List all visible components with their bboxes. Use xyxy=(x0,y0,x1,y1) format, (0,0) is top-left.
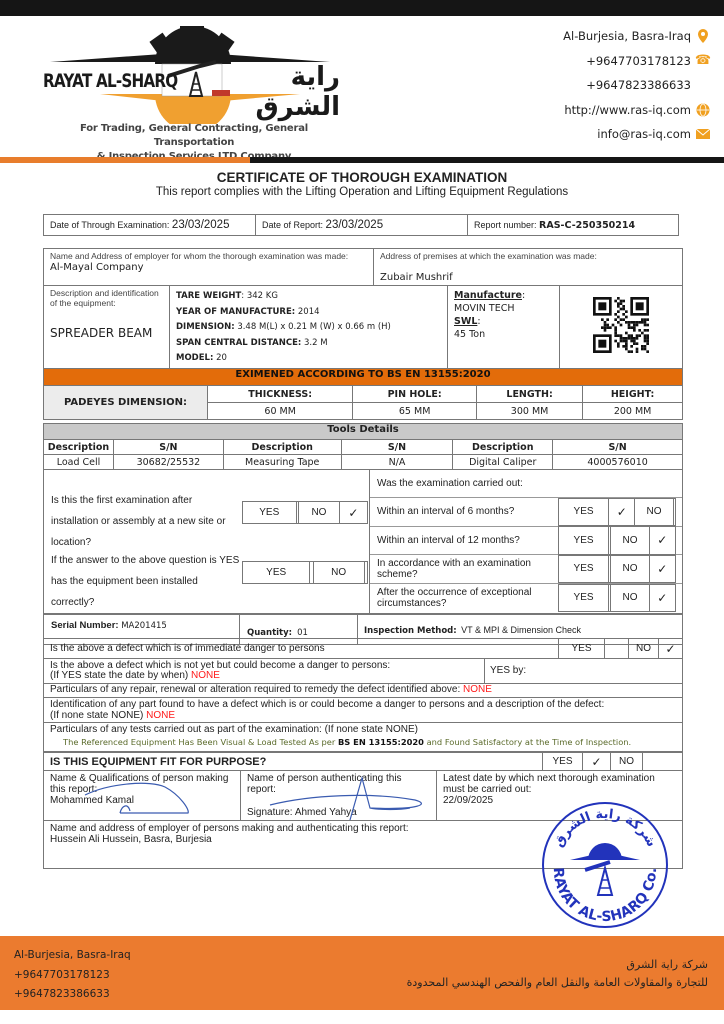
question-text: Within an interval of 6 months? xyxy=(370,506,558,517)
no-checkbox[interactable]: ✓ xyxy=(339,502,367,524)
padeyes-table: EXIMENED ACCORDING TO BS EN 13155:2020 P… xyxy=(43,368,683,420)
yes-label: YES xyxy=(243,502,297,524)
no-label: NO xyxy=(313,562,364,584)
padeyes-header-pinhole: PIN HOLE: xyxy=(353,386,477,403)
equipment-table: Description and identification of the eq… xyxy=(43,285,683,371)
envelope-icon xyxy=(696,127,710,141)
tools-header-cell: Description xyxy=(223,440,341,455)
tools-data-cell: 30682/25532 xyxy=(113,455,223,470)
yes-label: YES xyxy=(559,527,609,555)
swl-value: 45 Ton xyxy=(454,328,553,341)
manufacture-value: MOVIN TECH xyxy=(454,302,553,315)
footer-arabic-line-1: شركة راية الشرق xyxy=(407,956,708,974)
spec-key: TARE WEIGHT xyxy=(176,291,241,301)
future-danger-table: Is the above a defect which is not yet b… xyxy=(43,658,683,684)
tests-text-pre: The Referenced Equipment Has Been Visual… xyxy=(63,737,335,747)
qr-cell[interactable] xyxy=(560,286,683,371)
header-band-black xyxy=(250,157,724,163)
spec-key: SPAN CENTRAL DISTANCE: xyxy=(176,338,301,348)
quantity-label: Quantity: xyxy=(247,628,292,638)
method-value: VT & MPI & Dimension Check xyxy=(461,625,581,635)
report-number-value: RAS-C-250350214 xyxy=(539,220,635,231)
method-label: Inspection Method: xyxy=(364,626,457,636)
tools-header-row: DescriptionS/NDescriptionS/NDescriptionS… xyxy=(44,440,683,455)
yes-no-box: YESNO✓ xyxy=(242,501,368,524)
no-checkbox[interactable]: ✓ xyxy=(649,527,675,555)
immediate-yes-box[interactable] xyxy=(605,639,629,659)
yes-by-field[interactable]: YES by: xyxy=(485,659,683,684)
dates-row: Date of Through Examination: 23/03/2025 … xyxy=(43,214,679,236)
padeyes-header-height: HEIGHT: xyxy=(583,386,683,403)
questions-left: Is this the first examination after inst… xyxy=(44,470,370,613)
yes-no-box: YESNO✓ xyxy=(558,584,676,613)
padeyes-value-length: 300 MM xyxy=(476,403,582,420)
future-danger-cell: Is the above a defect which is not yet b… xyxy=(44,659,485,684)
address-text: Al-Burjesia, Basra-Iraq xyxy=(563,29,691,43)
question-row: After the occurrence of exceptional circ… xyxy=(370,584,682,613)
no-label: NO xyxy=(299,502,340,524)
contact-email[interactable]: info@ras-iq.com xyxy=(563,122,710,147)
spec-value: 3.48 M(L) x 0.21 M (W) x 0.66 m (H) xyxy=(235,322,391,332)
identification-row: Identification of any part found to have… xyxy=(43,698,683,723)
tools-table: Tools Details DescriptionS/NDescriptionS… xyxy=(43,423,683,470)
phone-1-text[interactable]: +9647703178123 xyxy=(586,54,691,68)
footer-arabic-line-2: للتجارة والمقاولات العامة والنقل العام و… xyxy=(407,974,708,992)
identification-hint: (If none state NONE) xyxy=(50,710,143,721)
footer-phone-1[interactable]: +9647703178123 xyxy=(14,966,131,986)
svg-text:RAYAT AL-SHARQ Co.: RAYAT AL-SHARQ Co. xyxy=(550,867,660,925)
email-link[interactable]: info@ras-iq.com xyxy=(597,127,691,141)
no-label: NO xyxy=(611,584,649,612)
footer-arabic: شركة راية الشرق للتجارة والمقاولات العام… xyxy=(407,956,708,992)
tools-header-cell: S/N xyxy=(553,440,683,455)
immediate-danger-question: Is the above a defect which is of immedi… xyxy=(44,639,559,659)
question-text: After the occurrence of exceptional circ… xyxy=(370,587,558,609)
yes-no-box: YES✓NO xyxy=(558,498,676,527)
padeyes-header-length: LENGTH: xyxy=(476,386,582,403)
footer-phone-2[interactable]: +9647823386633 xyxy=(14,985,131,1005)
exam-date-cell: Date of Through Examination: 23/03/2025 xyxy=(44,215,256,236)
footer-contacts: Al-Burjesia, Basra-Iraq +9647703178123 +… xyxy=(14,946,131,1005)
question-row: In accordance with an examination scheme… xyxy=(370,555,682,584)
equipment-label: Description and identification of the eq… xyxy=(50,288,163,308)
tools-data-cell: Load Cell xyxy=(44,455,114,470)
tools-data-cell: 4000576010 xyxy=(553,455,683,470)
tests-row: Particulars of any tests carried out as … xyxy=(43,723,683,752)
report-date-label: Date of Report: xyxy=(262,220,323,230)
defects-table: Is the above a defect which is of immedi… xyxy=(43,638,683,659)
questions-right-title: Was the examination carried out: xyxy=(370,470,682,498)
employer-value: Al-Mayal Company xyxy=(50,262,367,273)
globe-icon xyxy=(696,103,710,117)
tools-data-cell: Digital Caliper xyxy=(453,455,553,470)
question-text: Is this the first examination after inst… xyxy=(51,490,241,553)
tests-text-post: and Found Satisfactory at the Time of In… xyxy=(427,737,632,747)
padeyes-value-height: 200 MM xyxy=(583,403,683,420)
fit-for-purpose-question: IS THIS EQUIPMENT FIT FOR PURPOSE? xyxy=(44,753,543,771)
contact-phone-1[interactable]: +9647703178123☎ xyxy=(563,49,710,74)
no-label: NO xyxy=(611,527,649,555)
top-bar xyxy=(0,0,724,16)
contact-website[interactable]: http://www.ras-iq.com xyxy=(563,98,710,123)
no-label: NO xyxy=(611,555,649,583)
equipment-description-cell: Description and identification of the eq… xyxy=(44,286,170,371)
fit-no-label: NO xyxy=(611,753,643,771)
tools-title: Tools Details xyxy=(44,424,683,440)
questions-right: Was the examination carried out: Within … xyxy=(370,470,682,613)
fit-no-box[interactable] xyxy=(643,753,683,771)
contact-block: Al-Burjesia, Basra-Iraq +9647703178123☎ … xyxy=(563,24,710,147)
no-checkbox[interactable] xyxy=(673,498,675,526)
fit-for-purpose-table: IS THIS EQUIPMENT FIT FOR PURPOSE? YES ✓… xyxy=(43,752,683,771)
padeyes-header-thickness: THICKNESS: xyxy=(208,386,353,403)
tools-data-row: Load Cell30682/25532Measuring TapeN/ADig… xyxy=(44,455,683,470)
certificate-subtitle: This report complies with the Lifting Op… xyxy=(0,186,724,198)
yes-label: YES xyxy=(559,498,609,526)
tests-standard: BS EN 13155:2020 xyxy=(338,737,424,747)
location-pin-icon xyxy=(696,29,710,43)
question-row: Within an interval of 6 months?YES✓NO xyxy=(370,498,682,527)
letterhead: RAYAT AL-SHARQ راية الشرق For Trading, G… xyxy=(0,16,724,156)
spec-value: 20 xyxy=(213,353,227,363)
tagline-line-1: For Trading, General Contracting, Genera… xyxy=(44,122,344,150)
future-danger-hint: (If YES state the date by when) xyxy=(50,670,188,681)
repair-row: Particulars of any repair, renewal or al… xyxy=(43,683,683,698)
no-label: NO xyxy=(635,498,673,526)
website-link[interactable]: http://www.ras-iq.com xyxy=(564,103,691,117)
spec-key: YEAR OF MANUFACTURE: xyxy=(176,307,295,317)
no-checkbox[interactable]: ✓ xyxy=(649,555,675,583)
premises-value: Zubair Mushrif xyxy=(380,272,676,283)
premises-cell: Address of premises at which the examina… xyxy=(374,249,683,286)
immediate-no-label: NO xyxy=(629,639,659,659)
report-number-cell: Report number: RAS-C-250350214 xyxy=(468,215,679,236)
tools-header-cell: Description xyxy=(44,440,114,455)
phone-2-text[interactable]: +9647823386633 xyxy=(586,78,691,92)
serial-label: Serial Number: xyxy=(51,620,119,631)
employer-table: Name and Address of employer for whom th… xyxy=(43,248,683,286)
quantity-value: 01 xyxy=(297,628,308,638)
tools-header-cell: S/N xyxy=(113,440,223,455)
header-band-orange xyxy=(0,157,250,163)
swl-label: SWL xyxy=(454,316,477,327)
premises-label: Address of premises at which the examina… xyxy=(380,251,676,261)
yes-no-box: YESNO✓ xyxy=(558,526,676,555)
questions-section: Is this the first examination after inst… xyxy=(43,469,683,614)
spec-line: DIMENSION: 3.48 M(L) x 0.21 M (W) x 0.66… xyxy=(176,320,441,336)
standard-banner: EXIMENED ACCORDING TO BS EN 13155:2020 xyxy=(44,369,683,386)
company-name-en: RAYAT AL-SHARQ xyxy=(43,70,177,92)
tools-data-cell: Measuring Tape xyxy=(223,455,341,470)
no-checkbox[interactable]: ✓ xyxy=(649,584,675,612)
spec-value: 3.2 M xyxy=(301,338,327,348)
exam-date-label: Date of Through Examination: xyxy=(50,220,169,230)
report-date-value: 23/03/2025 xyxy=(326,219,384,231)
tools-data-cell: N/A xyxy=(341,455,453,470)
signature-mohammed-icon xyxy=(80,775,200,820)
certificate-title: CERTIFICATE OF THOROUGH EXAMINATION xyxy=(0,170,724,185)
spec-value: 2014 xyxy=(295,307,319,317)
answer-box: YESNO xyxy=(242,561,368,584)
equipment-specs: TARE WEIGHT: 342 KGYEAR OF MANUFACTURE: … xyxy=(176,289,441,367)
qr-code-icon[interactable] xyxy=(593,297,649,353)
equipment-specs-cell: TARE WEIGHT: 342 KGYEAR OF MANUFACTURE: … xyxy=(170,286,448,371)
company-name-ar: راية الشرق xyxy=(232,62,340,122)
identification-value: NONE xyxy=(146,710,175,721)
padeyes-value-thickness: 60 MM xyxy=(208,403,353,420)
spec-line: YEAR OF MANUFACTURE: 2014 xyxy=(176,305,441,321)
spacer-icon xyxy=(696,78,710,92)
yes-checkbox[interactable]: ✓ xyxy=(609,498,635,526)
spec-value: : 342 KG xyxy=(241,291,278,301)
report-number-label: Report number: xyxy=(474,220,537,230)
immediate-no-box[interactable]: ✓ xyxy=(659,639,683,659)
spec-line: SPAN CENTRAL DISTANCE: 3.2 M xyxy=(176,336,441,352)
questions-right-list: Within an interval of 6 months?YES✓NOWit… xyxy=(370,498,682,612)
no-checkbox[interactable] xyxy=(364,562,367,584)
contact-address: Al-Burjesia, Basra-Iraq xyxy=(563,24,710,49)
yes-no-box: YESNO✓ xyxy=(558,555,676,584)
question-text: In accordance with an examination scheme… xyxy=(370,558,558,580)
question-row: Within an interval of 12 months?YESNO✓ xyxy=(370,527,682,556)
company-logo: RAYAT AL-SHARQ راية الشرق xyxy=(40,24,340,124)
manufacturer-cell: Manufacture: MOVIN TECH SWL: 45 Ton xyxy=(448,286,560,371)
spec-key: DIMENSION: xyxy=(176,322,235,332)
serial-value: MA201415 xyxy=(121,621,167,631)
yes-label: YES xyxy=(559,584,609,612)
identification-question: Identification of any part found to have… xyxy=(50,699,676,710)
next-exam-label: Latest date by which next thorough exami… xyxy=(443,773,676,795)
spec-line: TARE WEIGHT: 342 KG xyxy=(176,289,441,305)
padeyes-label: PADEYES DIMENSION: xyxy=(44,386,208,420)
fit-yes-box[interactable]: ✓ xyxy=(583,753,611,771)
footer-address: Al-Burjesia, Basra-Iraq xyxy=(14,946,131,966)
immediate-yes-label: YES xyxy=(559,639,605,659)
exam-date-value: 23/03/2025 xyxy=(172,219,230,231)
spec-line: MODEL: 20 xyxy=(176,351,441,367)
fit-yes-label: YES xyxy=(543,753,583,771)
tools-header-cell: Description xyxy=(453,440,553,455)
phone-icon: ☎ xyxy=(696,54,710,68)
employer-cell: Name and Address of employer for whom th… xyxy=(44,249,374,286)
footer: Al-Burjesia, Basra-Iraq +9647703178123 +… xyxy=(0,936,724,1010)
yes-no-box: YESNO xyxy=(242,561,368,584)
yes-label: YES xyxy=(559,555,609,583)
manufacture-label: Manufacture xyxy=(454,290,522,301)
answer-box: YESNO✓ xyxy=(242,501,368,524)
tools-header-cell: S/N xyxy=(341,440,453,455)
question-text: If the answer to the above question is Y… xyxy=(51,550,241,613)
equipment-value: SPREADER BEAM xyxy=(50,326,163,340)
padeyes-value-pinhole: 65 MM xyxy=(353,403,477,420)
spec-key: MODEL: xyxy=(176,353,213,363)
company-stamp-icon: شركة راية الشرق RAYAT AL-SHARQ Co. xyxy=(540,800,670,930)
employer-label: Name and Address of employer for whom th… xyxy=(50,251,367,261)
yes-label: YES xyxy=(243,562,310,584)
contact-phone-2[interactable]: +9647823386633 xyxy=(563,73,710,98)
future-danger-value: NONE xyxy=(191,670,220,681)
repair-value: NONE xyxy=(463,684,492,695)
signature-ahmed-icon xyxy=(250,770,450,825)
tests-question: Particulars of any tests carried out as … xyxy=(50,724,676,736)
repair-question: Particulars of any repair, renewal or al… xyxy=(50,684,460,695)
report-date-cell: Date of Report: 23/03/2025 xyxy=(256,215,468,236)
question-text: Within an interval of 12 months? xyxy=(370,535,558,546)
